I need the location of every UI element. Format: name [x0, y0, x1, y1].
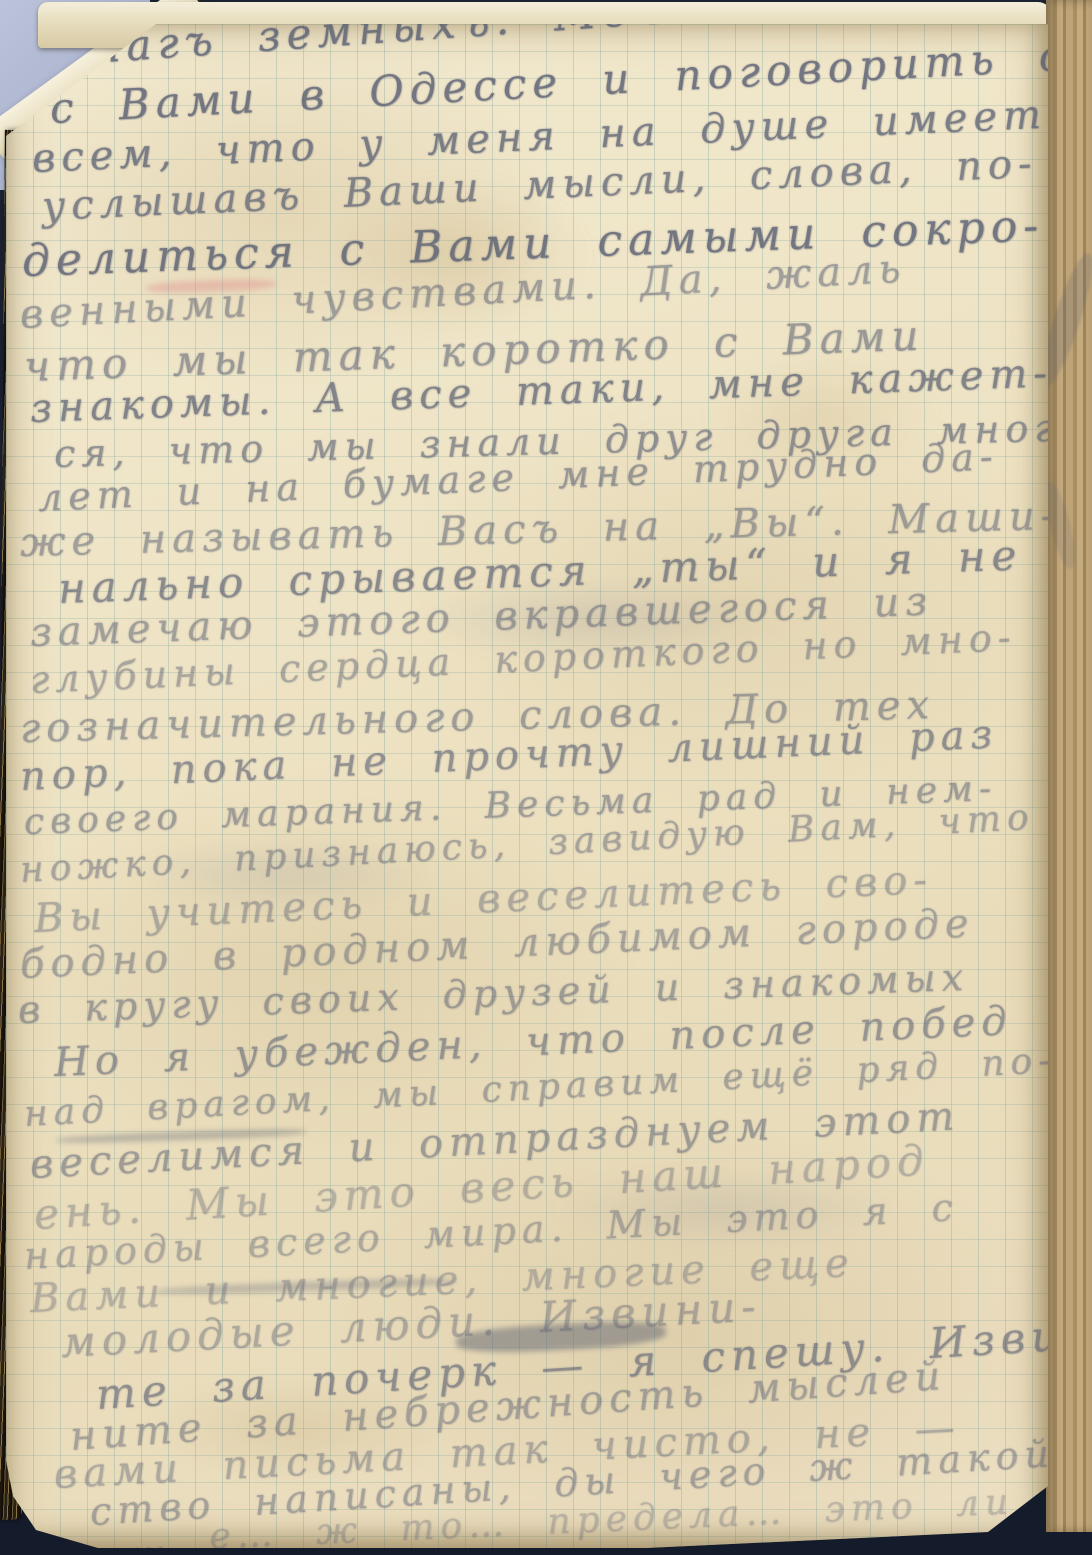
notebook-page: благъ земныхъ. Мечтаю встретиться с Вами… — [6, 24, 1048, 1548]
scanned-notebook-page: благъ земныхъ. Мечтаю встретиться с Вами… — [0, 0, 1092, 1555]
adjacent-page-edge-strip — [1046, 0, 1092, 1532]
